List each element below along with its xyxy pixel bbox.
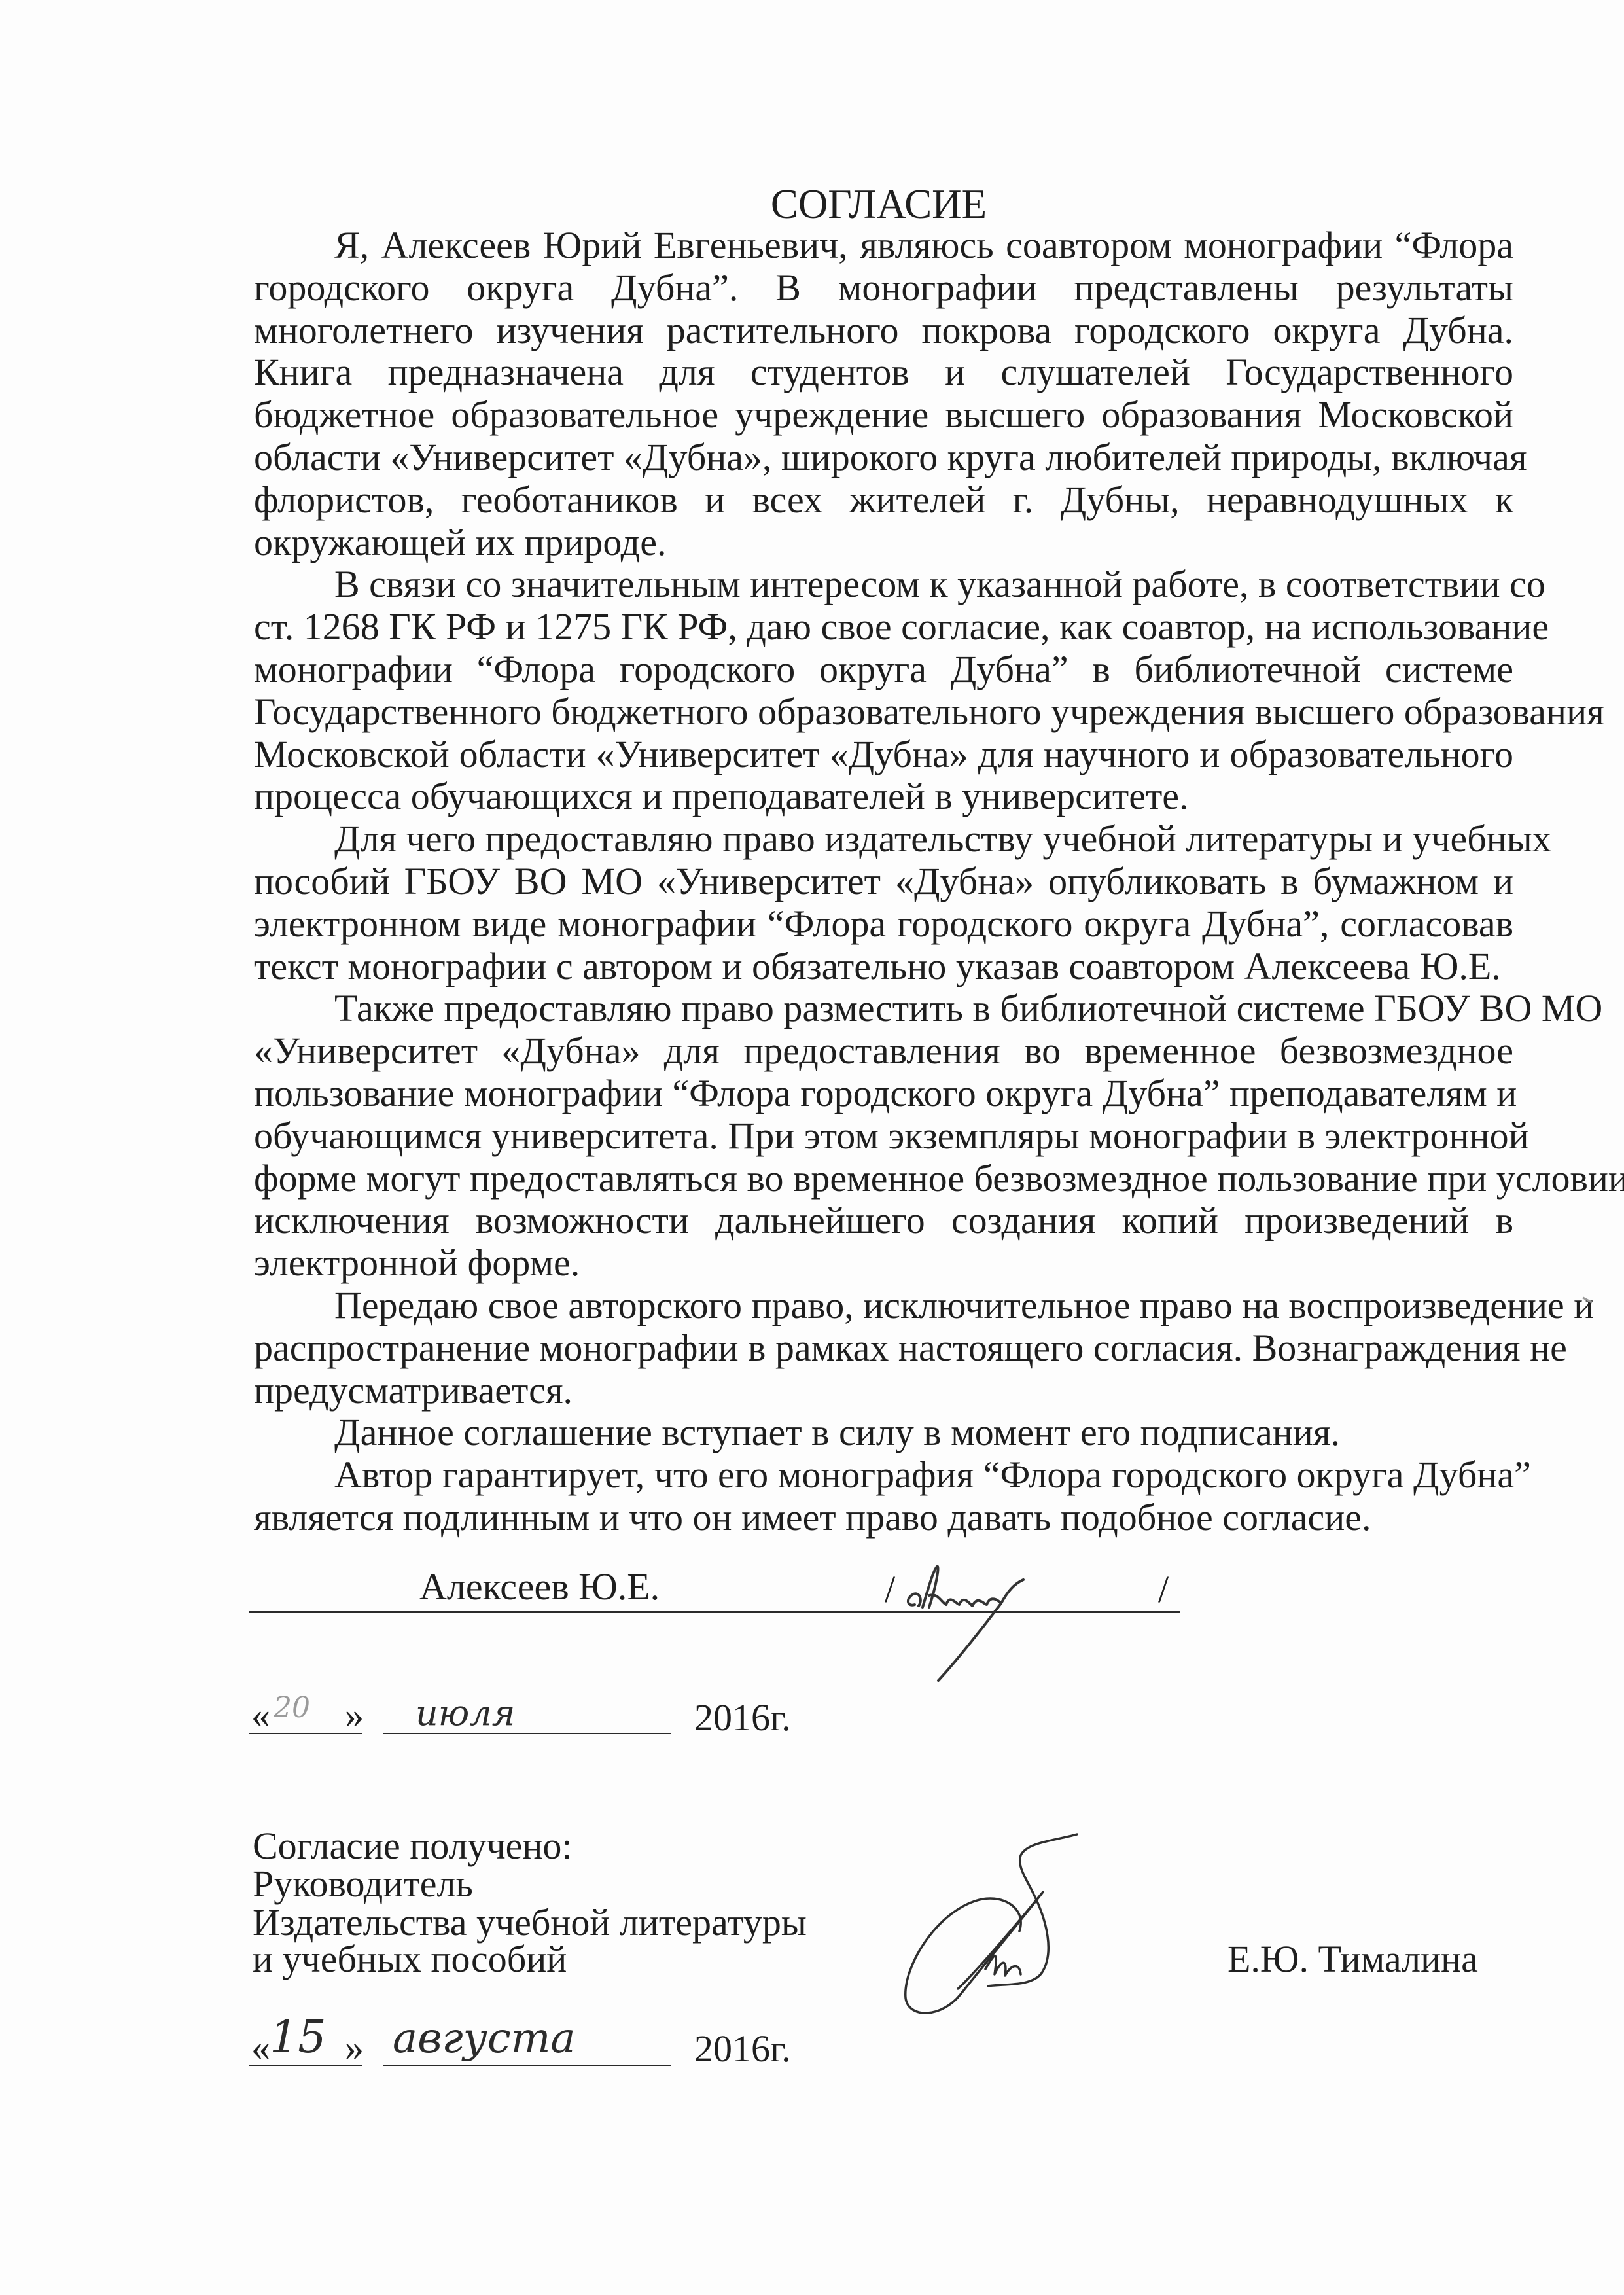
document-page: СОГЛАСИЕ Я, Алексеев Юрий Евгеньевич, яв…: [0, 0, 1624, 2295]
paragraph-3-line: пособий ГБОУ ВО МО «Университет «Дубна» …: [254, 861, 1513, 903]
receipt-line-1: Согласие получено:: [253, 1827, 573, 1865]
receipt-date-year: 2016г.: [694, 2030, 791, 2068]
paragraph-5-line: предусматривается.: [254, 1370, 1513, 1412]
signature-slash-right: /: [1158, 1571, 1169, 1609]
author-date-day: 20: [274, 1691, 310, 1724]
author-signature-icon: [903, 1564, 1047, 1688]
paragraph-2-line: Государственного бюджетного образователь…: [254, 691, 1513, 734]
paragraph-1-line: городского округа Дубна”. В монографии п…: [254, 267, 1513, 310]
paragraph-2-line: Московской области «Университет «Дубна» …: [254, 734, 1513, 776]
receipt-date-close-quote: »: [345, 2029, 364, 2067]
receipt-signature-icon: [896, 1829, 1086, 2019]
receipt-line-2: Руководитель: [253, 1865, 473, 1903]
paragraph-2-line: В связи со значительным интересом к указ…: [254, 563, 1513, 606]
receipt-date-day-underline: [249, 2065, 362, 2066]
paragraph-6-line: Данное соглашение вступает в силу в моме…: [254, 1412, 1513, 1454]
paragraph-4-line: пользование монографии “Флора городского…: [254, 1073, 1513, 1115]
author-date-month-underline: [383, 1733, 671, 1734]
receipt-date-month-underline: [383, 2065, 671, 2066]
paragraph-2-line: монографии “Флора городского округа Дубн…: [254, 649, 1513, 691]
receipt-line-4: и учебных пособий: [253, 1940, 567, 1978]
author-date-month: июля: [415, 1692, 515, 1734]
author-date-close-quote: »: [345, 1696, 364, 1734]
receipt-date-open-quote: «: [251, 2029, 270, 2067]
paragraph-1-line: многолетнего изучения растительного покр…: [254, 310, 1513, 352]
document-body: Я, Алексеев Юрий Евгеньевич, являюсь соа…: [254, 224, 1513, 1539]
paragraph-5-line: распространение монографии в рамках наст…: [254, 1327, 1513, 1370]
paragraph-4-line: форме могут предоставляться во временное…: [254, 1158, 1513, 1200]
paragraph-1-line: области «Университет «Дубна», широкого к…: [254, 436, 1513, 479]
receipt-signer-name: Е.Ю. Тималина: [1227, 1940, 1478, 1978]
paragraph-4-line: обучающимся университета. При этом экзем…: [254, 1115, 1513, 1158]
author-name: Алексеев Ю.Е.: [419, 1568, 660, 1606]
paragraph-4-line: электронной форме.: [254, 1242, 1513, 1285]
author-date-year: 2016г.: [694, 1699, 791, 1737]
paragraph-1-line: Я, Алексеев Юрий Евгеньевич, являюсь соа…: [254, 224, 1513, 267]
signature-slash-left: /: [885, 1571, 895, 1609]
paragraph-1-line: бюджетное образовательное учреждение выс…: [254, 394, 1513, 436]
receipt-line-3: Издательства учебной литературы: [253, 1904, 807, 1942]
paragraph-1-line: Книга предназначена для студентов и слуш…: [254, 351, 1513, 394]
receipt-date-month: августа: [393, 2014, 576, 2063]
paragraph-3-line: электронном виде монографии “Флора город…: [254, 903, 1513, 946]
author-date-day-underline: [249, 1733, 362, 1734]
paragraph-4-line: Также предоставляю право разместить в би…: [254, 987, 1513, 1030]
paragraph-4-line: «Университет «Дубна» для предоставления …: [254, 1030, 1513, 1073]
paragraph-4-line: исключения возможности дальнейшего созда…: [254, 1200, 1513, 1242]
paragraph-5-line: Передаю свое авторского право, исключите…: [254, 1285, 1513, 1327]
document-title: СОГЛАСИЕ: [0, 178, 1624, 230]
author-date-open-quote: «: [251, 1696, 270, 1734]
paragraph-2-line: ст. 1268 ГК РФ и 1275 ГК РФ, даю свое со…: [254, 606, 1513, 649]
paragraph-7-line: Автор гарантирует, что его монография “Ф…: [254, 1454, 1513, 1497]
paragraph-1-line: окружающей их природе.: [254, 522, 1513, 564]
paragraph-1-line: флористов, геоботаников и всех жителей г…: [254, 479, 1513, 522]
paragraph-2-line: процесса обучающихся и преподавателей в …: [254, 775, 1513, 818]
receipt-date-day: 15: [270, 2012, 327, 2063]
paragraph-3-line: текст монографии с автором и обязательно…: [254, 946, 1513, 988]
paragraph-7-line: является подлинным и что он имеет право …: [254, 1497, 1513, 1539]
paragraph-3-line: Для чего предоставляю право издательству…: [254, 818, 1513, 861]
